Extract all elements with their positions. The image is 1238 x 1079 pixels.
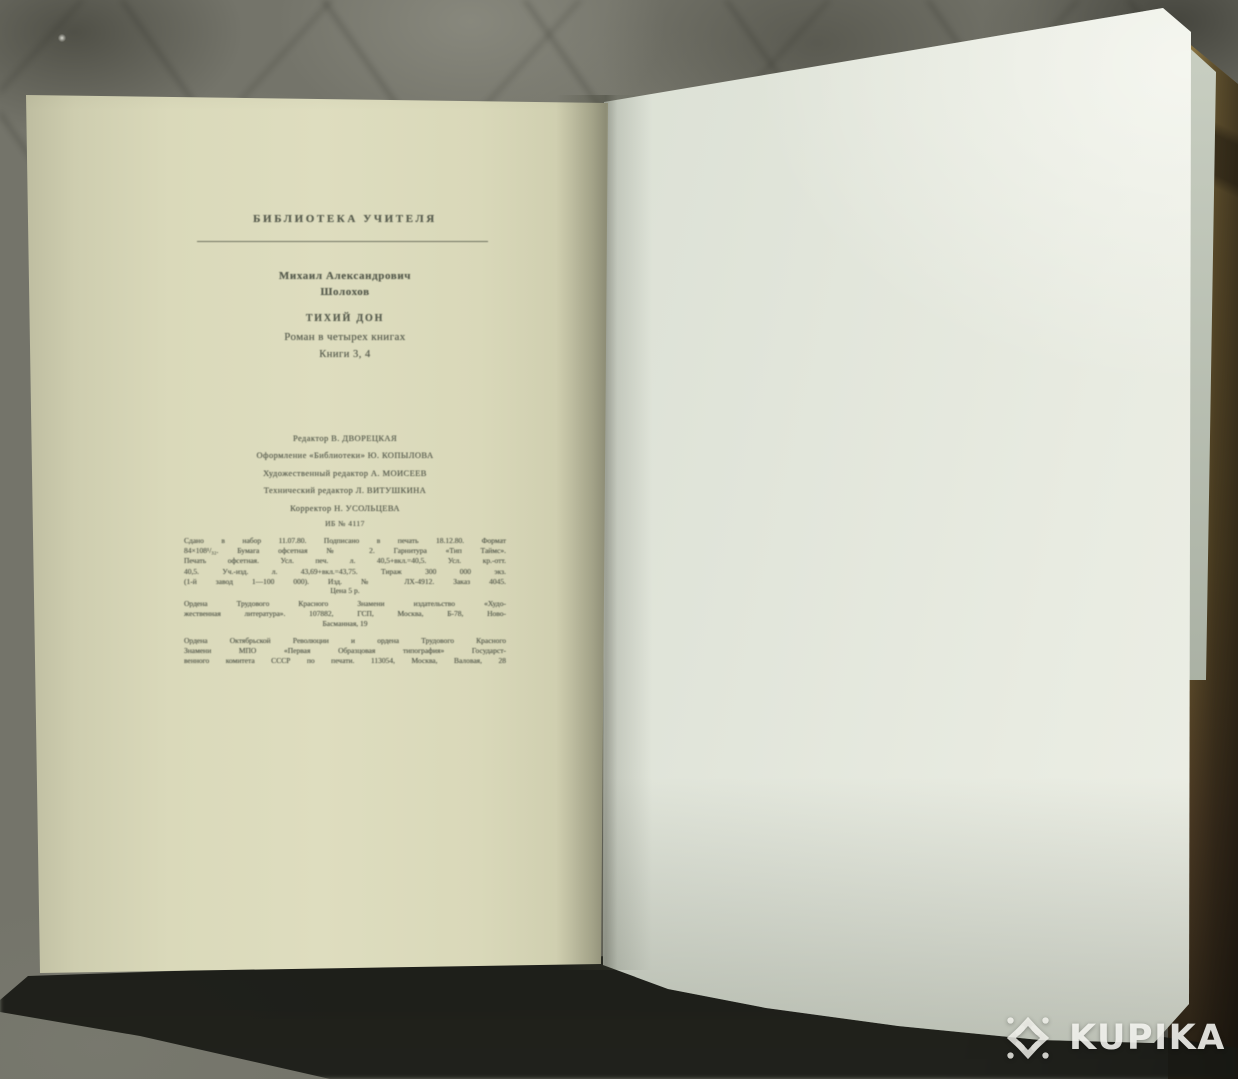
publisher-line: жественная литература». 107882, ГСП, Мос… [184,609,506,619]
credits-block: Редактор В. ДВОРЕЦКАЯ Оформление «Библио… [152,430,538,517]
divider-rule [197,241,488,242]
imprint-line: Печать офсетная. Усл. печ. л. 40,5+вкл.=… [184,556,506,566]
credit-art-editor: Художественный редактор А. МОИСЕЕВ [152,465,538,482]
imprint-line: 84×108¹/₃₂. Бумага офсетная № 2. Гарниту… [184,546,506,556]
publisher-line: Басманная, 19 [184,619,506,629]
imprint-block: Сдано в набор 11.07.80. Подписано в печа… [184,536,506,587]
credit-proofreader: Корректор Н. УСОЛЬЦЕВА [152,500,538,517]
credit-tech-editor: Технический редактор Л. ВИТУШКИНА [152,482,538,499]
kupika-brand-text: KUPIKA [1069,1018,1226,1058]
imprint-line: Сдано в набор 11.07.80. Подписано в печа… [184,536,506,546]
credit-design: Оформление «Библиотеки» Ю. КОПЫЛОВА [152,447,538,464]
series-title: БИБЛИОТЕКА УЧИТЕЛЯ [152,213,538,225]
ib-number-line: ИБ № 4117 [152,519,538,528]
book-subtitle: Роман в четырех книгах [152,331,538,343]
printer-line: Знамени МПО «Первая Образцовая типографи… [184,646,506,656]
credit-editor: Редактор В. ДВОРЕЦКАЯ [152,430,538,447]
imprint-line: 40,5. Уч.-изд. л. 43,69+вкл.=43,75. Тира… [184,567,506,577]
kupika-snowflake-icon [1000,1010,1056,1066]
printer-line: Ордена Октябрьской Революции и ордена Тр… [184,636,506,646]
author-name-line1: Михаил Александрович [152,270,538,282]
books-line: Книги 3, 4 [152,349,538,360]
price-line: Цена 5 р. [152,586,538,595]
publisher-line: Ордена Трудового Красного Знамени издате… [184,599,506,609]
book-title: ТИХИЙ ДОН [152,313,538,324]
publisher-block: Ордена Трудового Красного Знамени издате… [184,599,506,630]
colophon-text: БИБЛИОТЕКА УЧИТЕЛЯ Михаил Александрович … [0,0,1238,1079]
book-photo: БИБЛИОТЕКА УЧИТЕЛЯ Михаил Александрович … [0,0,1238,1079]
printer-block: Ордена Октябрьской Революции и ордена Тр… [184,636,506,667]
printer-line: венного комитета СССР по печати. 113054,… [184,656,506,666]
kupika-watermark: KUPIKA [1000,1000,1232,1076]
author-name-line2: Шолохов [152,286,538,298]
